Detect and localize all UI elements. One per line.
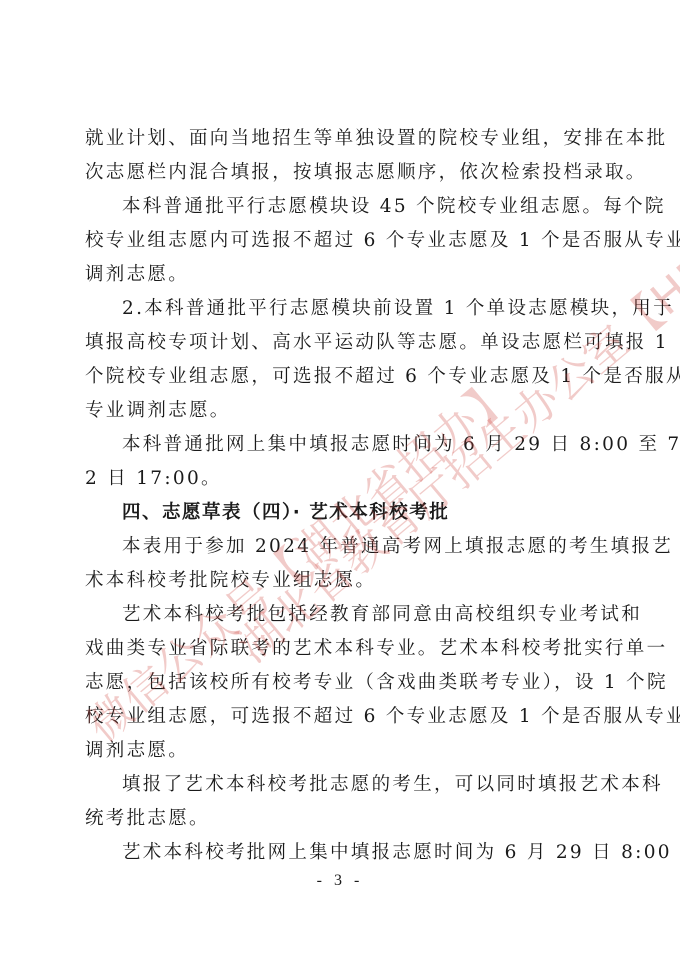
section-heading: 四、志愿草表（四）· 艺术本科校考批	[122, 502, 593, 524]
document-page: 就业计划、面向当地招生等单独设置的院校专业组，安排在本批 次志愿栏内混合填报，按…	[0, 0, 680, 962]
paragraph-line: 2.本科普通批平行志愿模块前设置 1 个单设志愿模块，用于	[122, 298, 593, 320]
paragraph-line: 艺术本科校考批包括经教育部同意由高校组织专业考试和	[122, 604, 593, 626]
paragraph-line: 2 日 17:00。	[85, 468, 593, 490]
paragraph-line: 校专业组志愿，可选报不超过 6 个专业志愿及 1 个是否服从专业	[85, 706, 593, 728]
paragraph-line: 术本科校考批院校专业组志愿。	[85, 570, 593, 592]
paragraph-line: 填报了艺术本科校考批志愿的考生，可以同时填报艺术本科	[122, 774, 593, 796]
paragraph-line: 本表用于参加 2024 年普通高考网上填报志愿的考生填报艺	[122, 536, 593, 558]
paragraph-line: 次志愿栏内混合填报，按填报志愿顺序，依次检索投档录取。	[85, 162, 593, 184]
paragraph-line: 戏曲类专业省际联考的艺术本科专业。艺术本科校考批实行单一	[85, 638, 593, 660]
paragraph-line: 专业调剂志愿。	[85, 400, 593, 422]
paragraph-line: 统考批志愿。	[85, 808, 593, 830]
paragraph-line: 志愿，包括该校所有校考专业（含戏曲类联考专业），设 1 个院	[85, 672, 593, 694]
paragraph-line: 调剂志愿。	[85, 740, 593, 762]
paragraph-line: 艺术本科校考批网上集中填报志愿时间为 6 月 29 日 8:00 至	[122, 842, 593, 864]
paragraph-line: 校专业组志愿内可选报不超过 6 个专业志愿及 1 个是否服从专业	[85, 230, 593, 252]
paragraph-line: 就业计划、面向当地招生等单独设置的院校专业组，安排在本批	[85, 128, 593, 150]
paragraph-line: 个院校专业组志愿，可选报不超过 6 个专业志愿及 1 个是否服从	[85, 366, 593, 388]
page-number: - 3 -	[0, 872, 680, 890]
paragraph-line: 调剂志愿。	[85, 264, 593, 286]
paragraph-line: 填报高校专项计划、高水平运动队等志愿。单设志愿栏可填报 1	[85, 332, 593, 354]
paragraph-line: 本科普通批网上集中填报志愿时间为 6 月 29 日 8:00 至 7 月	[122, 434, 593, 456]
paragraph-line: 本科普通批平行志愿模块设 45 个院校专业组志愿。每个院	[122, 196, 593, 218]
